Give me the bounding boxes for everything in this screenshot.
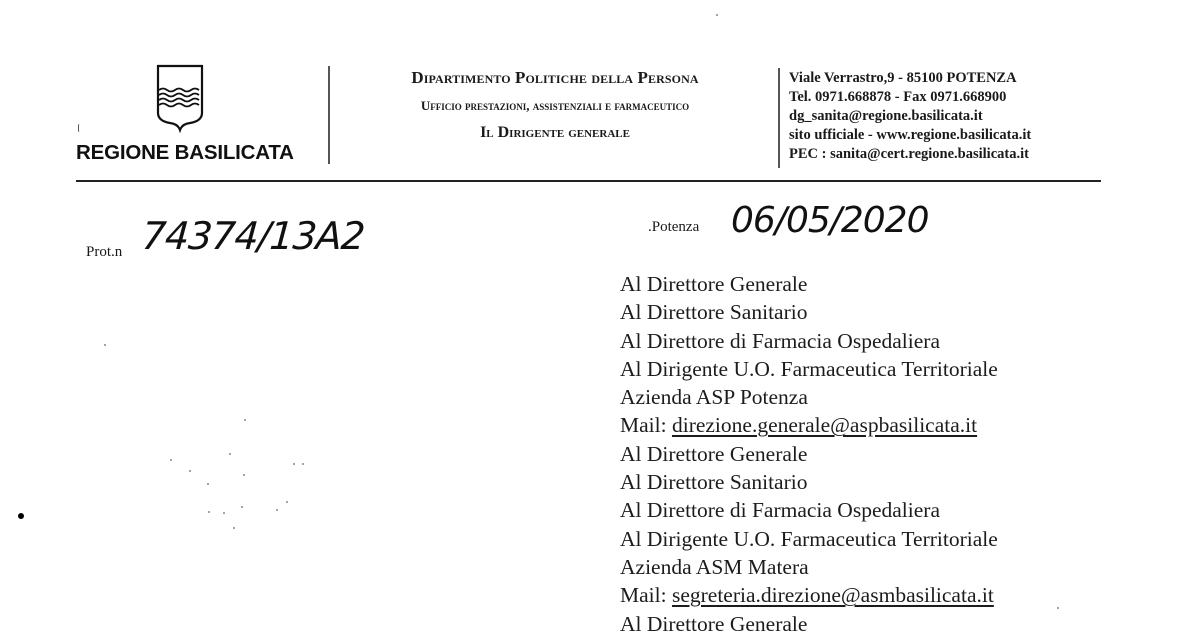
recipient-mail-line: Mail: segreteria.direzione@asmbasilicata…: [620, 581, 998, 609]
scan-speck: [293, 463, 295, 465]
recipient-email-link[interactable]: segreteria.direzione@asmbasilicata.it: [672, 583, 994, 607]
recipients-list: Al Direttore GeneraleAl Direttore Sanita…: [620, 270, 998, 638]
phone-fax: Tel. 0971.668878 - Fax 0971.668900: [789, 88, 1031, 107]
recipient-line: Al Direttore di Farmacia Ospedaliera: [620, 496, 998, 524]
department-title: Dipartimento Politiche della Persona: [332, 68, 778, 88]
scan-speck: [241, 506, 243, 508]
recipient-line: Al Direttore Generale: [620, 440, 998, 468]
scan-speck: [170, 459, 172, 461]
scan-speck: [229, 453, 231, 455]
recipient-line: Al Direttore Sanitario: [620, 298, 998, 326]
recipient-line: Al Direttore Generale: [620, 610, 998, 638]
mail-label: Mail:: [620, 413, 672, 437]
protocol-label: Prot.n: [86, 244, 122, 261]
address: Viale Verrastro,9 - 85100 POTENZA: [789, 69, 1031, 88]
scan-speck: [233, 527, 235, 529]
recipient-line: Al Direttore Sanitario: [620, 468, 998, 496]
header-rule: [76, 180, 1101, 182]
protocol-number: 74374/13A2: [140, 214, 365, 258]
region-name: REGIONE BASILICATA: [76, 141, 294, 165]
mail-label: Mail:: [620, 583, 672, 607]
scan-speck: [276, 509, 278, 511]
city-label: .Potenza: [648, 219, 699, 236]
header-divider: [778, 68, 780, 168]
recipient-line: Al Direttore di Farmacia Ospedaliera: [620, 327, 998, 355]
role-title: Il Dirigente generale: [332, 124, 778, 142]
regional-crest-icon: [150, 63, 210, 133]
contact-block: Viale Verrastro,9 - 85100 POTENZA Tel. 0…: [789, 69, 1031, 164]
recipient-email-link[interactable]: direzione.generale@aspbasilicata.it: [672, 413, 977, 437]
scan-speck: [208, 511, 210, 513]
office-title: Ufficio prestazioni, assistenziali e far…: [332, 98, 778, 114]
email-link[interactable]: dg_sanita@regione.basilicata.it: [789, 107, 1031, 126]
letter-date: 06/05/2020: [731, 200, 929, 241]
scan-speck: [189, 470, 191, 472]
scan-speck: [243, 474, 245, 476]
recipient-line: Al Dirigente U.O. Farmaceutica Territori…: [620, 355, 998, 383]
scan-speck: [716, 14, 718, 16]
scan-speck: [302, 463, 304, 465]
scan-speck: [286, 501, 288, 503]
scan-speck: [1057, 607, 1059, 609]
scan-mark: [78, 124, 81, 132]
website-link[interactable]: sito ufficiale - www.regione.basilicata.…: [789, 126, 1031, 145]
recipient-line: Al Dirigente U.O. Farmaceutica Territori…: [620, 525, 998, 553]
recipient-line: Azienda ASP Potenza: [620, 383, 998, 411]
header-divider: [328, 66, 330, 164]
scan-speck: [244, 419, 246, 421]
recipient-mail-line: Mail: direzione.generale@aspbasilicata.i…: [620, 411, 998, 439]
recipient-line: Al Direttore Generale: [620, 270, 998, 298]
recipient-line: Azienda ASM Matera: [620, 553, 998, 581]
department-block: Dipartimento Politiche della Persona Uff…: [332, 66, 778, 142]
pec-link[interactable]: PEC : sanita@cert.regione.basilicata.it: [789, 145, 1031, 164]
scan-speck: [104, 344, 106, 346]
scan-speck: [223, 512, 225, 514]
scan-dot: [18, 513, 24, 519]
scan-speck: [207, 483, 209, 485]
